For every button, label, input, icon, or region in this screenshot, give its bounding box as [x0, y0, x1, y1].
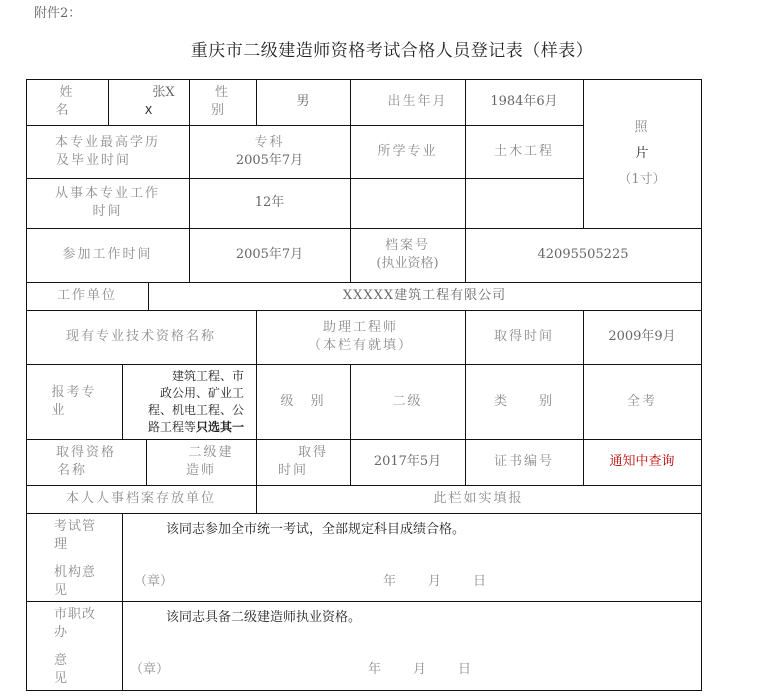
- exam-opinion-text[interactable]: 该同志参加全市统一考试，全部规定科目成绩合格。: [166, 518, 465, 537]
- tech-qual-label: 现有专业技术资格名称: [26, 310, 256, 364]
- gender-value[interactable]: 男: [256, 79, 350, 125]
- join-work-value[interactable]: 2005年7月: [189, 228, 350, 282]
- exam-major-label: 报考专 业: [26, 364, 122, 439]
- qual-name-label: 取得资格 名称: [26, 439, 146, 485]
- exam-major-line: 路工程等只选其一: [148, 419, 244, 436]
- tech-qual-name: 助理工程师: [323, 319, 398, 337]
- name-value[interactable]: 张X X: [108, 79, 189, 125]
- exam-major-label-line: 报考专: [51, 384, 96, 402]
- exam-opinion-date[interactable]: 年 月 日: [383, 570, 488, 589]
- education-label-line: 本专业最高学历: [55, 134, 160, 152]
- exam-opinion-label-line: 理: [54, 536, 120, 554]
- work-years-label-line: 时间: [92, 203, 122, 221]
- city-opinion-label-line: 办: [54, 624, 120, 642]
- major-label: 所学专业: [350, 125, 465, 178]
- qual-date-label-line: 时间: [278, 462, 308, 480]
- archive-label: 本人人事档案存放单位: [26, 485, 256, 513]
- work-years-value[interactable]: 12年: [189, 178, 350, 228]
- empty-cell[interactable]: [465, 178, 583, 228]
- qual-name-value-line: 造师: [186, 462, 216, 480]
- work-years-label-line: 从事本专业工作: [55, 185, 160, 203]
- cert-no-label: 证书编号: [465, 439, 583, 485]
- name-label-line: 名: [55, 102, 70, 120]
- cert-no-value[interactable]: 通知中查询: [583, 439, 701, 485]
- city-opinion-seal: （章）: [130, 658, 169, 677]
- qual-name-label-line: 取得资格: [56, 444, 116, 462]
- name-label: 姓 名: [26, 79, 108, 125]
- name-value-line: 张X: [152, 84, 174, 102]
- category-value[interactable]: 全考: [583, 364, 701, 439]
- exam-major-line: 建筑工程、市: [172, 368, 244, 385]
- exam-opinion-label-line: 机构意: [54, 564, 120, 582]
- grid-line: [26, 690, 702, 691]
- grid-line: [26, 601, 702, 602]
- exam-major-label-line: 业: [51, 402, 66, 420]
- qual-name-value[interactable]: 二级建 造师: [146, 439, 256, 485]
- exam-opinion-seal: （章）: [134, 570, 173, 589]
- exam-major-text: 路工程等: [148, 420, 196, 434]
- level-label: 级 别: [256, 364, 350, 439]
- major-value[interactable]: 土木工程: [465, 125, 583, 178]
- exam-major-value[interactable]: 建筑工程、市 政公用、矿业工 程、机电工程、公 路工程等只选其一: [122, 364, 256, 439]
- education-date: 2005年7月: [236, 152, 303, 170]
- employer-value[interactable]: XXXXX建筑工程有限公司: [148, 282, 701, 310]
- exam-opinion-label-line: 考试管: [54, 518, 120, 536]
- tech-qual-value[interactable]: 助理工程师 （本栏有就填）: [256, 310, 465, 364]
- file-no-label: 档案号 (执业资格): [350, 228, 465, 282]
- city-opinion-label-line: 意: [54, 652, 120, 670]
- gender-label-line: 性: [215, 84, 230, 102]
- grid-line: [701, 79, 702, 690]
- qual-date-label-line: 取得: [298, 444, 328, 462]
- photo-label-line: 照: [634, 119, 649, 137]
- photo-label-line: 片: [635, 145, 648, 163]
- birth-value[interactable]: 1984年6月: [465, 79, 583, 125]
- name-label-line: 姓: [59, 84, 74, 102]
- work-years-label: 从事本专业工作 时间: [26, 178, 189, 228]
- photo-size-label: （1寸）: [618, 171, 665, 189]
- education-degree: 专科: [254, 134, 284, 152]
- qual-date-value[interactable]: 2017年5月: [350, 439, 465, 485]
- city-opinion-label-line: 市职改: [54, 606, 120, 624]
- education-value[interactable]: 专科 2005年7月: [189, 125, 350, 178]
- exam-major-line: 程、机电工程、公: [148, 402, 244, 419]
- photo-box[interactable]: 照 片 （1寸）: [583, 79, 701, 228]
- attachment-label: 附件2：: [34, 2, 81, 21]
- education-label-line: 及毕业时间: [56, 152, 131, 170]
- city-opinion-text[interactable]: 该同志具备二级建造师执业资格。: [166, 606, 361, 625]
- archive-value[interactable]: 此栏如实填报: [256, 485, 701, 513]
- birth-label: 出生年月: [350, 79, 465, 125]
- exam-major-line: 政公用、矿业工: [160, 385, 244, 402]
- grid-line: [26, 513, 702, 514]
- tech-qual-date-label: 取得时间: [465, 310, 583, 364]
- exam-opinion-label-line: 见: [54, 582, 120, 600]
- qual-date-label: 取得 时间: [256, 439, 350, 485]
- file-no-value[interactable]: 42095505225: [465, 228, 701, 282]
- page-title: 重庆市二级建造师资格考试合格人员登记表（样表）: [0, 36, 784, 61]
- gender-label-line: 别: [211, 102, 226, 120]
- gender-label: 性 别: [189, 79, 256, 125]
- employer-label: 工作单位: [26, 282, 148, 310]
- city-opinion-date[interactable]: 年 月 日: [368, 658, 473, 677]
- empty-cell[interactable]: [350, 178, 465, 228]
- grid-line: [122, 513, 123, 690]
- qual-name-value-line: 二级建: [188, 444, 233, 462]
- file-no-label-line: 档案号: [385, 237, 430, 255]
- exam-opinion-label: 考试管 理 机构意 见: [54, 518, 120, 600]
- name-value-line: X: [145, 102, 153, 120]
- category-label: 类 别: [465, 364, 583, 439]
- join-work-label: 参加工作时间: [26, 228, 189, 282]
- city-opinion-label-line: 见: [54, 670, 120, 688]
- education-label: 本专业最高学历 及毕业时间: [26, 125, 189, 178]
- tech-qual-date-value[interactable]: 2009年9月: [583, 310, 701, 364]
- file-no-label-line: (执业资格): [376, 255, 438, 273]
- exam-major-emphasis: 只选其一: [196, 420, 244, 434]
- city-opinion-label: 市职改 办 意 见: [54, 606, 120, 688]
- qual-name-label-line: 名称: [57, 462, 87, 480]
- level-value[interactable]: 二级: [350, 364, 465, 439]
- tech-qual-note: （本栏有就填）: [308, 337, 413, 355]
